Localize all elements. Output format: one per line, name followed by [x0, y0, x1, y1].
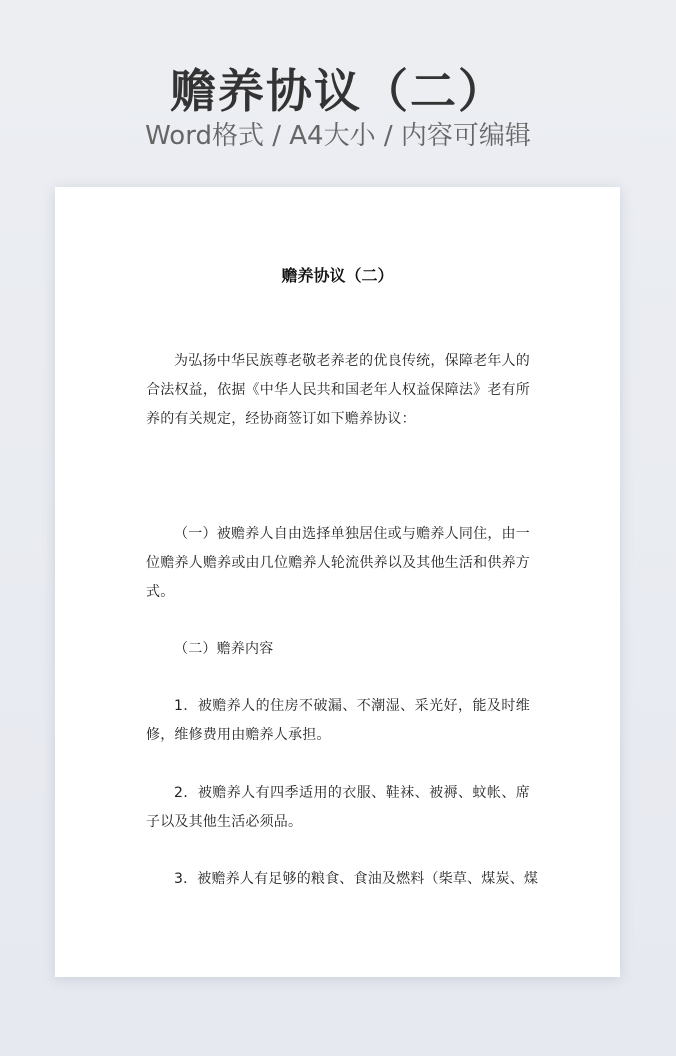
hero-subtitle: Word格式 / A4大小 / 内容可编辑 — [0, 118, 676, 154]
item-2-paragraph: 2．被赡养人有四季适用的衣服、鞋袜、被褥、蚊帐、席子以及其他生活必须品。 — [146, 779, 530, 837]
document-page: 赡养协议（二） 为弘扬中华民族尊老敬老养老的优良传统，保障老年人的合法权益，依据… — [55, 187, 620, 977]
clause-1-paragraph: （一）被赡养人自由选择单独居住或与赡养人同住，由一位赡养人赡养或由几位赡养人轮流… — [146, 520, 530, 607]
document-title: 赡养协议（二） — [55, 265, 620, 287]
hero-title: 赡养协议（二） — [0, 62, 676, 120]
item-3-paragraph: 3．被赡养人有足够的粮食、食油及燃料（柴草、煤炭、煤 — [146, 865, 530, 894]
item-1-paragraph: 1．被赡养人的住房不破漏、不潮湿、采光好，能及时维修，维修费用由赡养人承担。 — [146, 692, 530, 750]
section-heading: （二）赡养内容 — [146, 635, 530, 664]
intro-paragraph: 为弘扬中华民族尊老敬老养老的优良传统，保障老年人的合法权益，依据《中华人民共和国… — [146, 347, 530, 434]
